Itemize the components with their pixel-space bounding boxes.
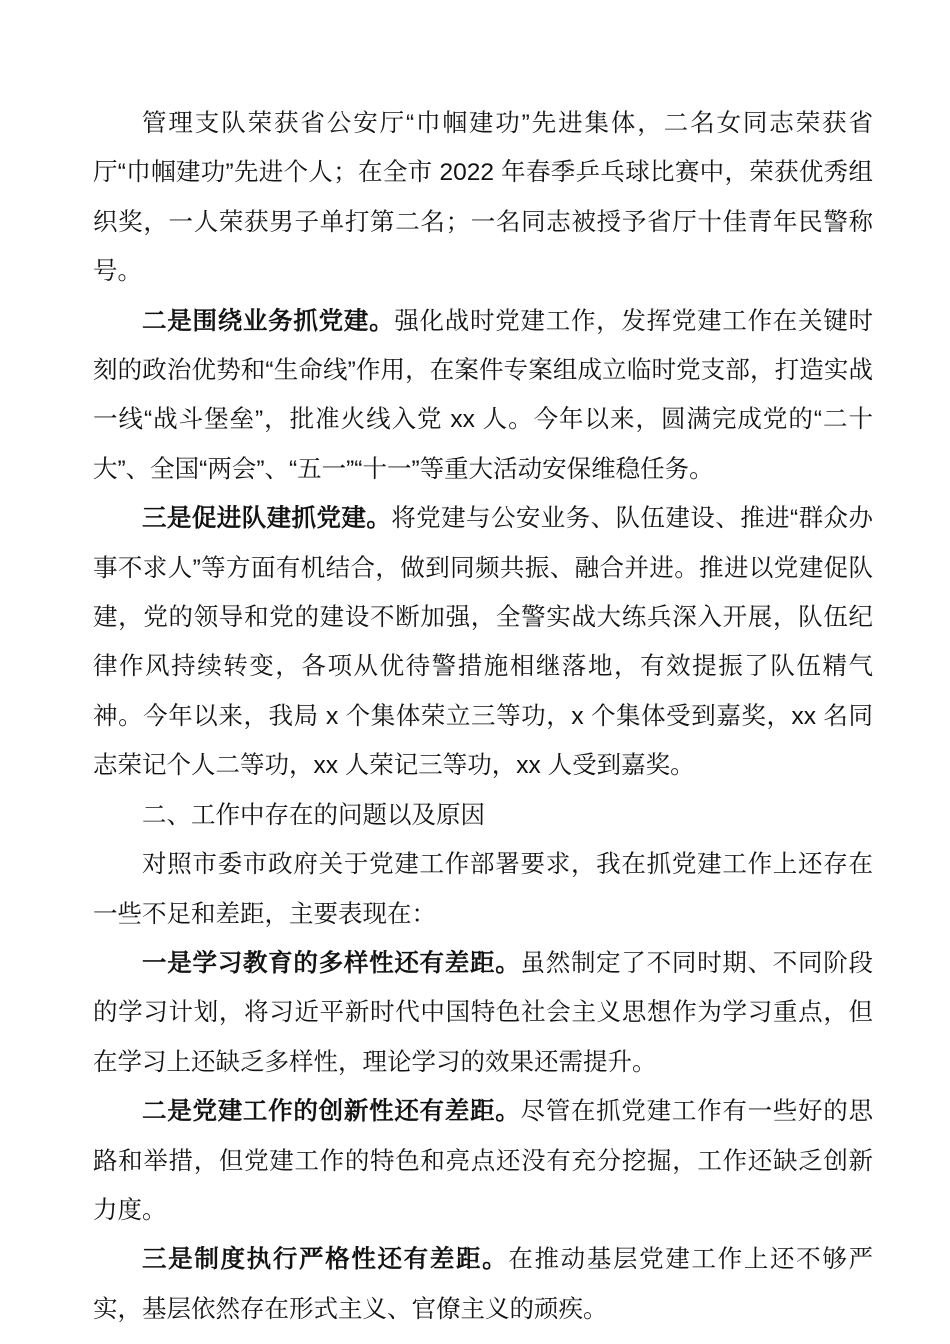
paragraph-lead: 三是制度执行严格性还有差距。 xyxy=(142,1246,508,1273)
paragraph-text: 对照市委市政府关于党建工作部署要求，我在抓党建工作上还存在一些不足和差距，主要表… xyxy=(93,851,873,927)
paragraph-achievements: 管理支队荣获省公安厅“巾帼建功”先进集体，二名女同志荣获省厅“巾帼建功”先进个人… xyxy=(93,99,873,297)
paragraph-lead: 一是学习教育的多样性还有差距。 xyxy=(142,950,520,977)
paragraph-gap-1-learning: 一是学习教育的多样性还有差距。虽然制定了不同时期、不同阶段的学习计划，将习近平新… xyxy=(93,939,873,1087)
paragraph-text: 二、工作中存在的问题以及原因 xyxy=(142,802,485,829)
paragraph-lead: 二是围绕业务抓党建。 xyxy=(142,308,394,335)
paragraph-text: 管理支队荣获省公安厅“巾帼建功”先进集体，二名女同志荣获省厅“巾帼建功”先进个人… xyxy=(93,110,873,285)
section-heading-problems: 二、工作中存在的问题以及原因 xyxy=(93,791,873,840)
paragraph-point-3-team: 三是促进队建抓党建。将党建与公安业务、队伍建设、推进“群众办事不求人”等方面有机… xyxy=(93,494,873,790)
paragraph-point-2-business: 二是围绕业务抓党建。强化战时党建工作，发挥党建工作在关键时刻的政治优势和“生命线… xyxy=(93,297,873,495)
paragraph-text: 将党建与公安业务、队伍建设、推进“群众办事不求人”等方面有机结合，做到同频共振、… xyxy=(93,505,873,779)
paragraph-lead: 三是促进队建抓党建。 xyxy=(142,505,391,532)
document-page-body: 管理支队荣获省公安厅“巾帼建功”先进集体，二名女同志荣获省厅“巾帼建功”先进个人… xyxy=(93,99,873,1334)
paragraph-gap-3-discipline: 三是制度执行严格性还有差距。在推动基层党建工作上还不够严实，基层依然存在形式主义… xyxy=(93,1235,873,1334)
paragraph-gap-2-innovation: 二是党建工作的创新性还有差距。尽管在抓党建工作有一些好的思路和举措，但党建工作的… xyxy=(93,1087,873,1235)
paragraph-problems-intro: 对照市委市政府关于党建工作部署要求，我在抓党建工作上还存在一些不足和差距，主要表… xyxy=(93,840,873,939)
paragraph-lead: 二是党建工作的创新性还有差距。 xyxy=(142,1098,520,1125)
